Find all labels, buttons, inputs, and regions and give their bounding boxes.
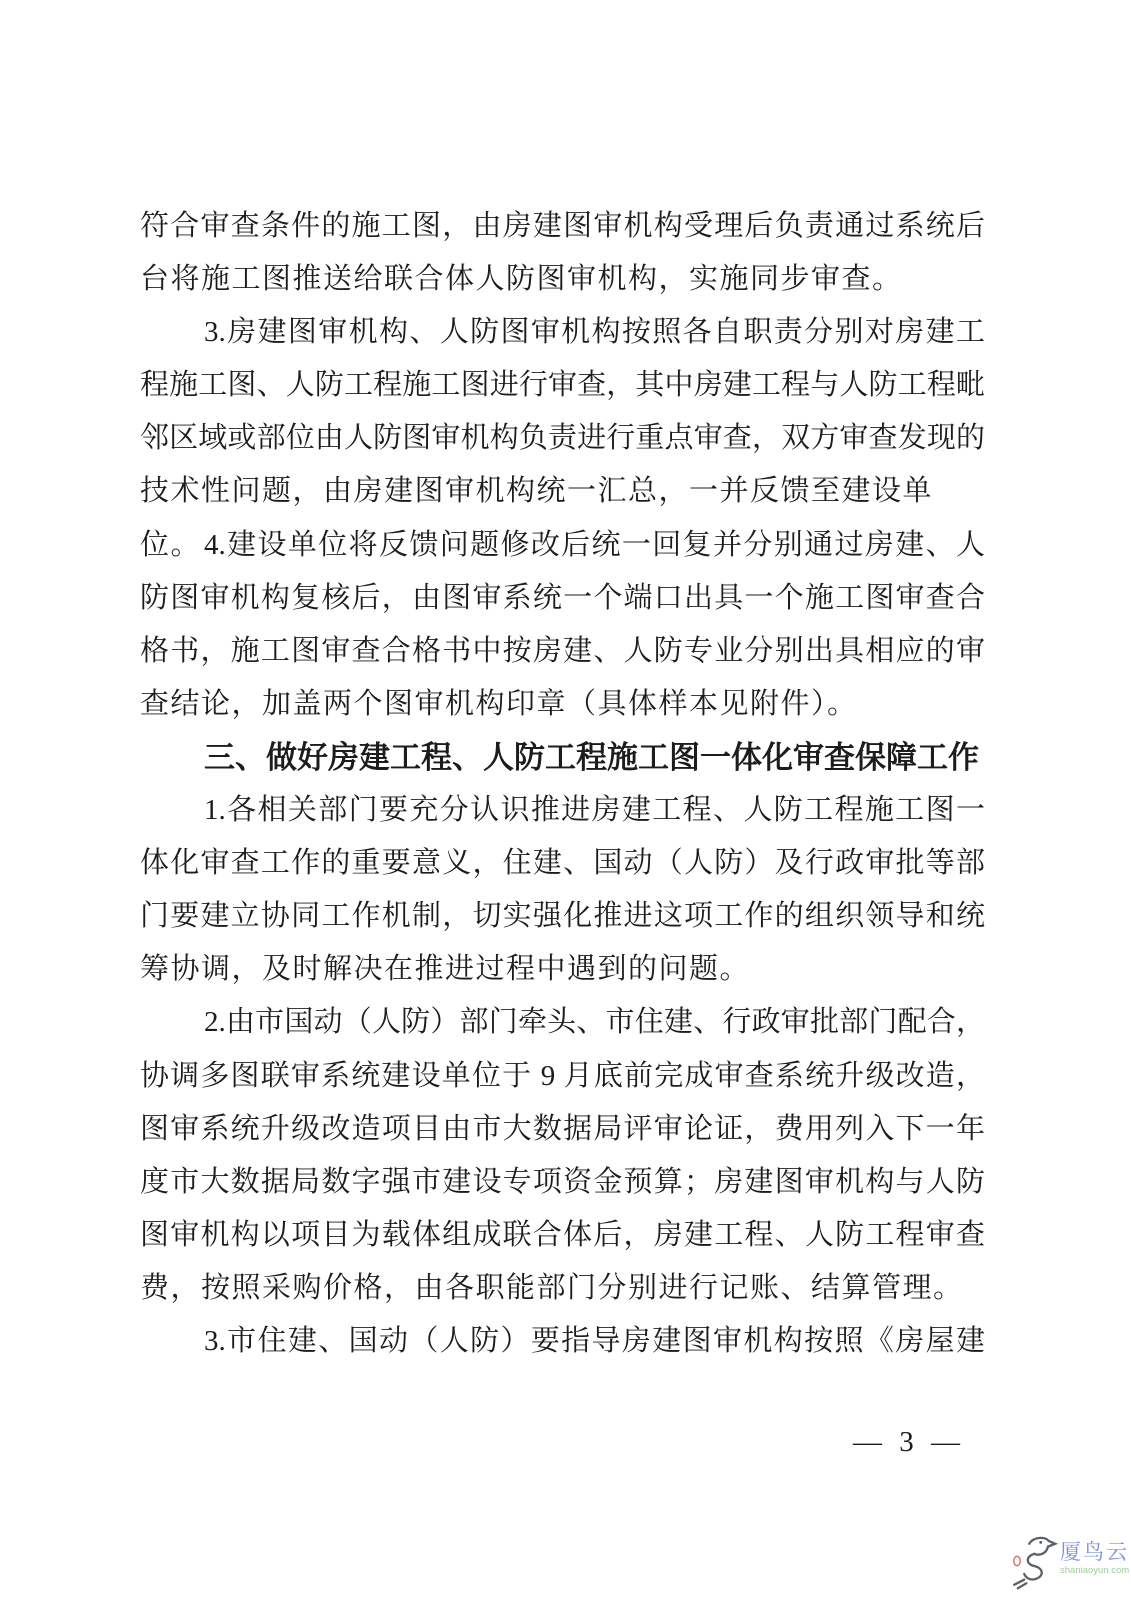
document-body: 符合审查条件的施工图，由房建图审机构受理后负责通过系统后 台将施工图推送给联合体… [140,200,985,1368]
paragraph-line: 3.市住建、国动（人防）要指导房建图审机构按照《房屋建 [140,1315,985,1368]
paragraph-line: 图审机构以项目为载体组成联合体后，房建工程、人防工程审查 [140,1209,985,1262]
paragraph-line: 费，按照采购价格，由各职能部门分别进行记账、结算管理。 [140,1262,985,1315]
paragraph-line: 台将施工图推送给联合体人防图审机构，实施同步审查。 [140,253,985,306]
paragraph-line: 度市大数据局数字强市建设专项资金预算；房建图审机构与人防 [140,1156,985,1209]
watermark-brand-text: 厦鸟云 [1060,1541,1129,1564]
page-number: — 3 — [853,1426,973,1459]
watermark-domain-text: shaniaoyun.com [1060,1564,1129,1577]
paragraph-line: 体化审查工作的重要意义，住建、国动（人防）及行政审批等部 [140,837,985,890]
paragraph-line: 图审系统升级改造项目由市大数据局评审论证，费用列入下一年 [140,1103,985,1156]
paragraph-line: 防图审机构复核后，由图审系统一个端口出具一个施工图审查合 [140,572,985,625]
watermark-logo: 厦鸟云 shaniaoyun.com [1012,1532,1129,1590]
bird-icon [1012,1532,1058,1590]
paragraph-line: 门要建立协同工作机制，切实强化推进这项工作的组织领导和统 [140,890,985,943]
paragraph-line: 协调多图联审系统建设单位于 9 月底前完成审查系统升级改造， [140,1050,985,1103]
paragraph-line: 查结论，加盖两个图审机构印章（具体样本见附件）。 [140,678,985,731]
paragraph-line: 4.建设单位将反馈问题修改后统一回复并分别通过房建、人 [140,519,985,572]
paragraph-line: 符合审查条件的施工图，由房建图审机构受理后负责通过系统后 [140,200,985,253]
paragraph-line: 程施工图、人防工程施工图进行审查，其中房建工程与人防工程毗 [140,359,985,412]
paragraph-line: 技术性问题，由房建图审机构统一汇总，一并反馈至建设单位。 [140,465,985,518]
paragraph-line: 2.由市国动（人防）部门牵头、市住建、行政审批部门配合， [140,996,985,1049]
paragraph-line: 邻区域或部位由人防图审机构负责进行重点审查，双方审查发现的 [140,412,985,465]
paragraph-line: 3.房建图审机构、人防图审机构按照各自职责分别对房建工 [140,306,985,359]
paragraph-line: 筹协调，及时解决在推进过程中遇到的问题。 [140,943,985,996]
section-heading: 三、做好房建工程、人防工程施工图一体化审查保障工作 [140,731,985,784]
paragraph-line: 格书，施工图审查合格书中按房建、人防专业分别出具相应的审 [140,625,985,678]
paragraph-line: 1.各相关部门要充分认识推进房建工程、人防工程施工图一 [140,784,985,837]
